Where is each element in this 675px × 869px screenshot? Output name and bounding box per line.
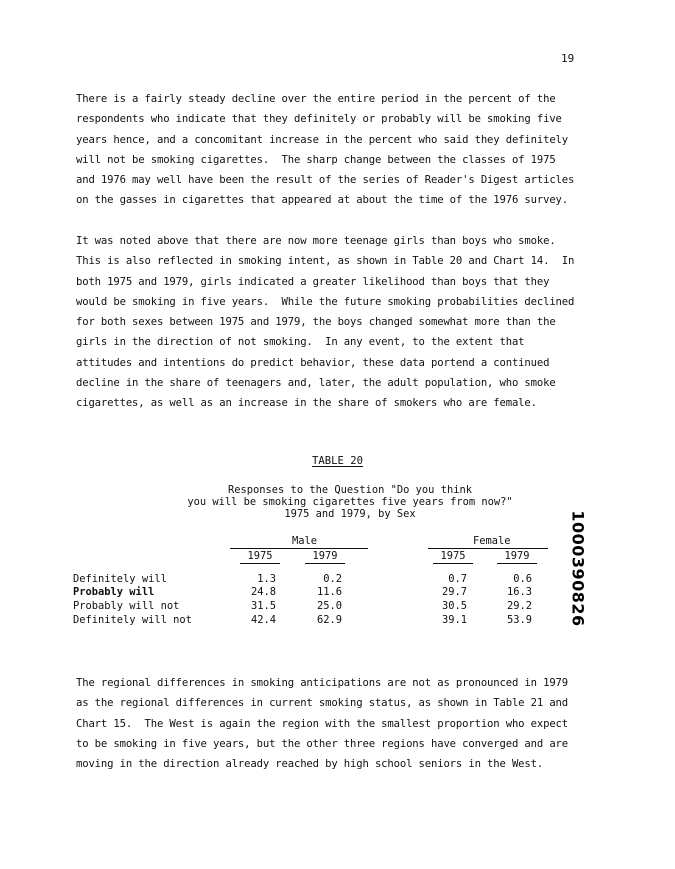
text-line: moving in the direction already reached … — [76, 754, 596, 774]
cell-male-1979: 62.9 — [302, 614, 342, 626]
caption-line: 1975 and 1979, by Sex — [130, 508, 570, 520]
row-label: Probably will — [73, 586, 154, 598]
cell-female-1979: 16.3 — [492, 586, 532, 598]
table-title: TABLE 20 — [0, 455, 675, 467]
cell-male-1979: 25.0 — [302, 600, 342, 612]
group-header-female: Female — [473, 535, 511, 547]
cell-male-1975: 24.8 — [236, 586, 276, 598]
group-header-male: Male — [292, 535, 317, 547]
page-number: 19 — [561, 52, 574, 65]
year-rule — [497, 563, 537, 564]
table-caption: Responses to the Question "Do you think … — [130, 484, 570, 520]
cell-female-1975: 30.5 — [427, 600, 467, 612]
paragraph-regional-differences: The regional differences in smoking anti… — [76, 673, 596, 774]
group-rule-male — [230, 548, 368, 549]
text-line: attitudes and intentions do predict beha… — [76, 353, 596, 373]
text-line: for both sexes between 1975 and 1979, th… — [76, 312, 596, 332]
row-label: Definitely will — [73, 573, 167, 585]
text-line: will not be smoking cigarettes. The shar… — [76, 150, 596, 170]
text-line: respondents who indicate that they defin… — [76, 109, 596, 129]
cell-female-1975: 39.1 — [427, 614, 467, 626]
text-line: to be smoking in five years, but the oth… — [76, 734, 596, 754]
paragraph-smoking-decline: There is a fairly steady decline over th… — [76, 89, 596, 211]
group-rule-female — [428, 548, 548, 549]
caption-line: Responses to the Question "Do you think — [130, 484, 570, 496]
text-line: This is also reflected in smoking intent… — [76, 251, 596, 271]
cell-male-1975: 1.3 — [236, 573, 276, 585]
year-rule — [240, 563, 280, 564]
year-header-female-1979: 1979 — [497, 550, 537, 562]
row-label: Probably will not — [73, 600, 179, 612]
text-line: both 1975 and 1979, girls indicated a gr… — [76, 272, 596, 292]
year-header-male-1979: 1979 — [305, 550, 345, 562]
cell-male-1975: 42.4 — [236, 614, 276, 626]
row-label: Definitely will not — [73, 614, 192, 626]
cell-female-1979: 0.6 — [492, 573, 532, 585]
document-id-stamp: 1000390826 — [563, 506, 593, 630]
cell-male-1979: 11.6 — [302, 586, 342, 598]
text-line: would be smoking in five years. While th… — [76, 292, 596, 312]
cell-male-1975: 31.5 — [236, 600, 276, 612]
year-rule — [433, 563, 473, 564]
text-line: Chart 15. The West is again the region w… — [76, 714, 596, 734]
text-line: girls in the direction of not smoking. I… — [76, 332, 596, 352]
paragraph-teenage-girls: It was noted above that there are now mo… — [76, 231, 596, 414]
cell-female-1979: 53.9 — [492, 614, 532, 626]
text-line: The regional differences in smoking anti… — [76, 673, 596, 693]
text-line: as the regional differences in current s… — [76, 693, 596, 713]
text-line: and 1976 may well have been the result o… — [76, 170, 596, 190]
cell-male-1979: 0.2 — [302, 573, 342, 585]
table-title-text: TABLE 20 — [312, 455, 363, 467]
cell-female-1975: 29.7 — [427, 586, 467, 598]
document-id-text: 1000390826 — [569, 510, 588, 626]
cell-female-1979: 29.2 — [492, 600, 532, 612]
text-line: years hence, and a concomitant increase … — [76, 130, 596, 150]
cell-female-1975: 0.7 — [427, 573, 467, 585]
text-line: There is a fairly steady decline over th… — [76, 89, 596, 109]
text-line: cigarettes, as well as an increase in th… — [76, 393, 596, 413]
year-rule — [305, 563, 345, 564]
year-header-female-1975: 1975 — [433, 550, 473, 562]
text-line: on the gasses in cigarettes that appeare… — [76, 190, 596, 210]
text-line: It was noted above that there are now mo… — [76, 231, 596, 251]
year-header-male-1975: 1975 — [240, 550, 280, 562]
caption-line: you will be smoking cigarettes five year… — [130, 496, 570, 508]
text-line: decline in the share of teenagers and, l… — [76, 373, 596, 393]
